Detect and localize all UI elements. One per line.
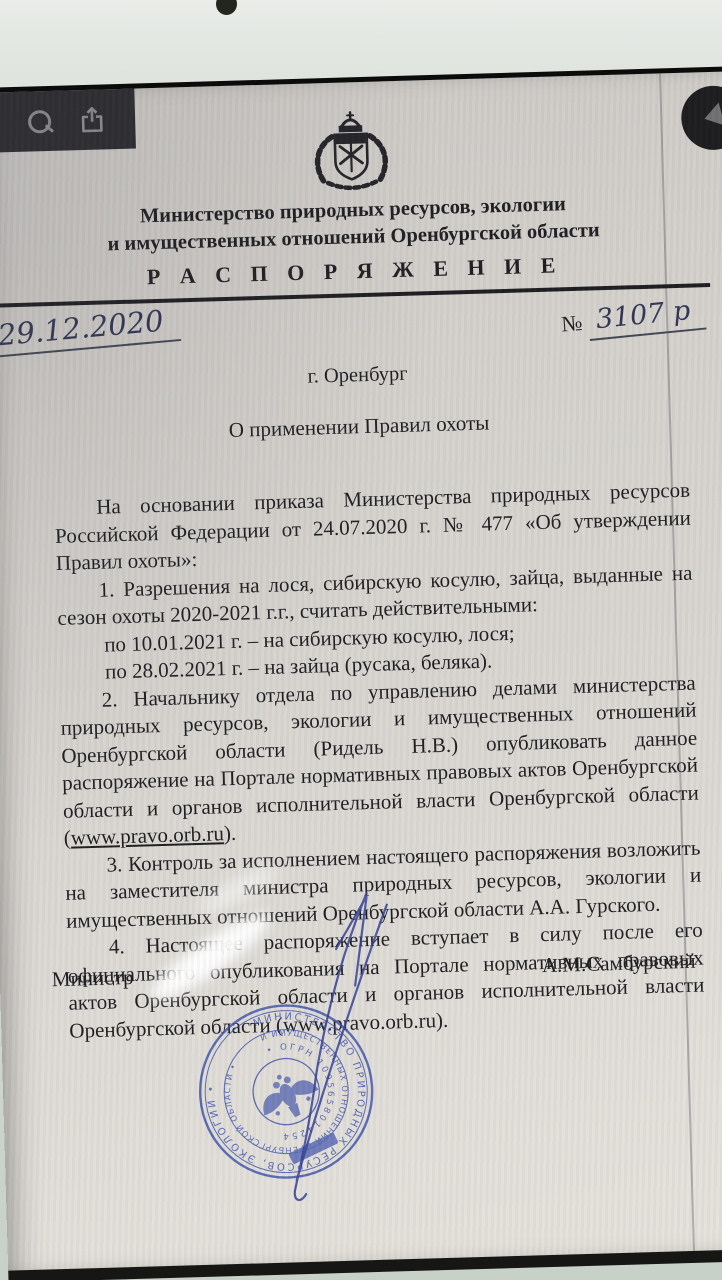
signer-name: А.М.Самбурский	[541, 949, 695, 978]
city-line: г. Оренбург	[0, 354, 721, 398]
triangle-left-icon	[690, 102, 722, 133]
number-sign-label: №	[561, 310, 584, 341]
search-icon[interactable]	[28, 109, 52, 133]
share-icon[interactable]	[79, 105, 106, 134]
signer-position-label: Министр	[52, 965, 134, 992]
orenburg-coat-of-arms	[304, 108, 398, 197]
portal-link[interactable]: www.pravo.orb.ru	[70, 821, 224, 849]
paragraph-item-2-closing: ).	[224, 821, 237, 845]
paragraph-item-2: 2. Начальнику отдела по управлению делам…	[59, 669, 699, 852]
tablet-screen: Министерство природных ресурсов, экологи…	[0, 66, 722, 1280]
viewer-toolbar	[0, 89, 136, 154]
device-camera-dot	[216, 0, 237, 15]
handwritten-date: 29.12.2020	[0, 302, 181, 358]
document-title: О применении Правил охоты	[0, 404, 722, 450]
date-number-row: 29.12.2020 № 3107 р	[0, 298, 720, 358]
handwritten-number: 3107 р	[587, 294, 707, 341]
document-number-group: № 3107 р	[560, 295, 706, 341]
document-page: Министерство природных ресурсов, экологи…	[0, 72, 722, 1047]
